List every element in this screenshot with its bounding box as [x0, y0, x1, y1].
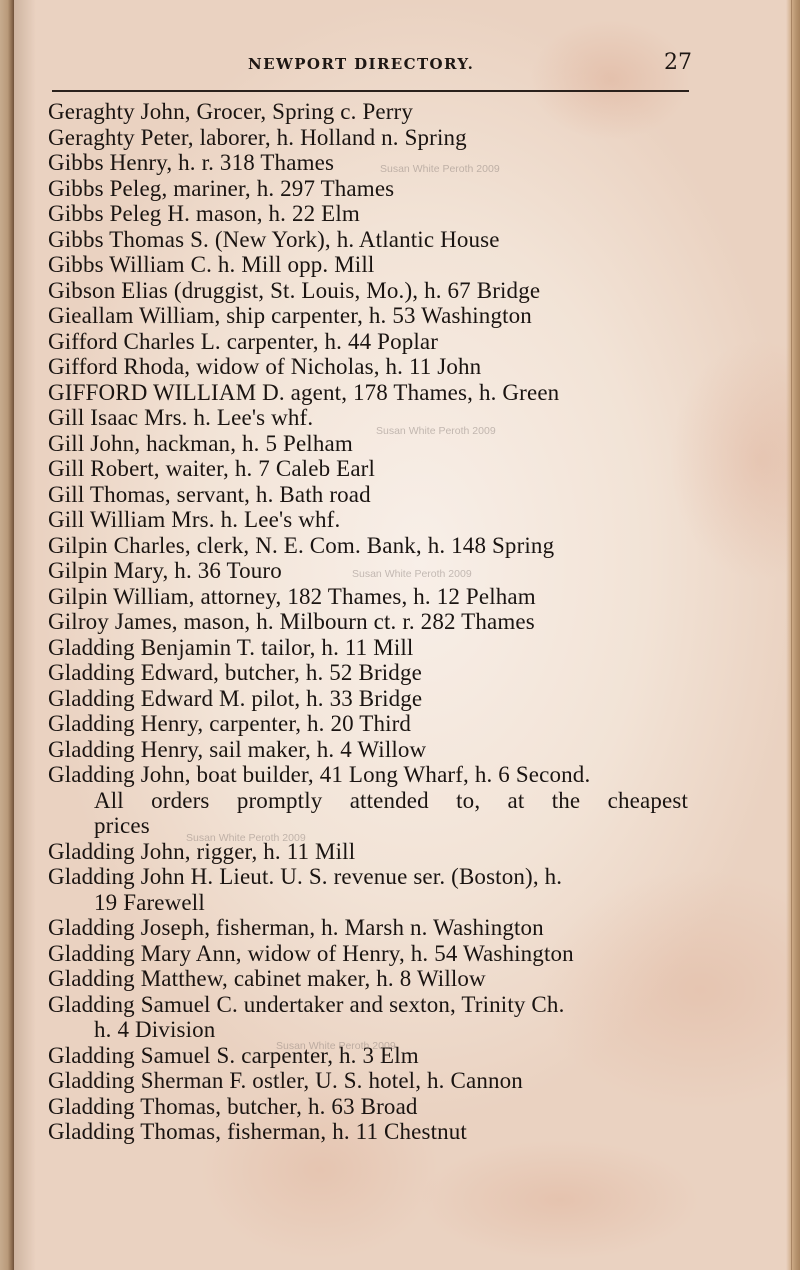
- directory-entry: Gladding Mary Ann, widow of Henry, h. 54…: [48, 941, 698, 967]
- watermark: Susan White Peroth 2009: [186, 832, 306, 844]
- entry-continuation: h. 4 Division: [48, 1017, 698, 1043]
- directory-entry: Gilpin William, attorney, 182 Thames, h.…: [48, 584, 698, 610]
- directory-entry: Gladding Edward M. pilot, h. 33 Bridge: [48, 686, 698, 712]
- watermark: Susan White Peroth 2009: [352, 568, 472, 580]
- page-edge: [786, 0, 800, 1270]
- header-rule: [52, 90, 689, 92]
- watermark: Susan White Peroth 2009: [276, 1040, 396, 1052]
- directory-entry: Gilpin Charles, clerk, N. E. Com. Bank, …: [48, 533, 698, 559]
- directory-entry: Gladding Matthew, cabinet maker, h. 8 Wi…: [48, 966, 698, 992]
- directory-entry: Geraghty Peter, laborer, h. Holland n. S…: [48, 125, 698, 151]
- directory-entry: Gladding Benjamin T. tailor, h. 11 Mill: [48, 635, 698, 661]
- directory-entry: Gibbs Peleg H. mason, h. 22 Elm: [48, 201, 698, 227]
- directory-entry: Gibson Elias (druggist, St. Louis, Mo.),…: [48, 278, 698, 304]
- watermark: Susan White Peroth 2009: [376, 425, 496, 437]
- directory-entry: Gill Robert, waiter, h. 7 Caleb Earl: [48, 456, 698, 482]
- entry-continuation: prices: [48, 813, 698, 839]
- directory-entry: Gladding Henry, carpenter, h. 20 Third: [48, 711, 698, 737]
- directory-entry: Gibbs William C. h. Mill opp. Mill: [48, 252, 698, 278]
- directory-entry: Gladding John H. Lieut. U. S. revenue se…: [48, 864, 698, 915]
- directory-entry: Gibbs Peleg, mariner, h. 297 Thames: [48, 176, 698, 202]
- directory-entry: Gladding Joseph, fisherman, h. Marsh n. …: [48, 915, 698, 941]
- directory-entry: Gladding Sherman F. ostler, U. S. hotel,…: [48, 1068, 698, 1094]
- watermark: Susan White Peroth 2009: [380, 163, 500, 175]
- book-page: NEWPORT DIRECTORY. 27 Geraghty John, Gro…: [0, 0, 800, 1270]
- directory-entry: Gladding Edward, butcher, h. 52 Bridge: [48, 660, 698, 686]
- directory-entry: GIFFORD WILLIAM D. agent, 178 Thames, h.…: [48, 380, 698, 406]
- running-head: NEWPORT DIRECTORY. 27: [52, 50, 692, 82]
- directory-entry: Gilroy James, mason, h. Milbourn ct. r. …: [48, 609, 698, 635]
- directory-entry: Gibbs Henry, h. r. 318 Thames: [48, 150, 698, 176]
- directory-entry: Gladding John, rigger, h. 11 Mill: [48, 839, 698, 865]
- directory-entry: Gifford Charles L. carpenter, h. 44 Popl…: [48, 329, 698, 355]
- page-number: 27: [664, 50, 692, 75]
- directory-entries: Geraghty John, Grocer, Spring c. Perry G…: [48, 99, 698, 1145]
- page-edge-line: [791, 0, 792, 1270]
- entry-continuation: 19 Farewell: [48, 890, 698, 916]
- directory-entry: Gibbs Thomas S. (New York), h. Atlantic …: [48, 227, 698, 253]
- entry-continuation: All orders promptly attended to, at the …: [48, 788, 688, 814]
- directory-entry: Gill Isaac Mrs. h. Lee's whf.: [48, 405, 698, 431]
- directory-entry: Gill John, hackman, h. 5 Pelham: [48, 431, 698, 457]
- directory-entry: Gieallam William, ship carpenter, h. 53 …: [48, 303, 698, 329]
- directory-entry: Gladding Thomas, fisherman, h. 11 Chestn…: [48, 1119, 698, 1145]
- directory-entry: Gill William Mrs. h. Lee's whf.: [48, 507, 698, 533]
- gutter-shadow: [14, 0, 36, 1270]
- directory-title: NEWPORT DIRECTORY.: [248, 55, 474, 73]
- directory-entry: Gladding Thomas, butcher, h. 63 Broad: [48, 1094, 698, 1120]
- book-spine: [0, 0, 14, 1270]
- directory-entry: Gill Thomas, servant, h. Bath road: [48, 482, 698, 508]
- directory-entry: Gladding Henry, sail maker, h. 4 Willow: [48, 737, 698, 763]
- directory-entry: Gladding Samuel C. undertaker and sexton…: [48, 992, 698, 1043]
- directory-entry: Gifford Rhoda, widow of Nicholas, h. 11 …: [48, 354, 698, 380]
- directory-entry: Gladding John, boat builder, 41 Long Wha…: [48, 762, 698, 839]
- directory-entry: Geraghty John, Grocer, Spring c. Perry: [48, 99, 698, 125]
